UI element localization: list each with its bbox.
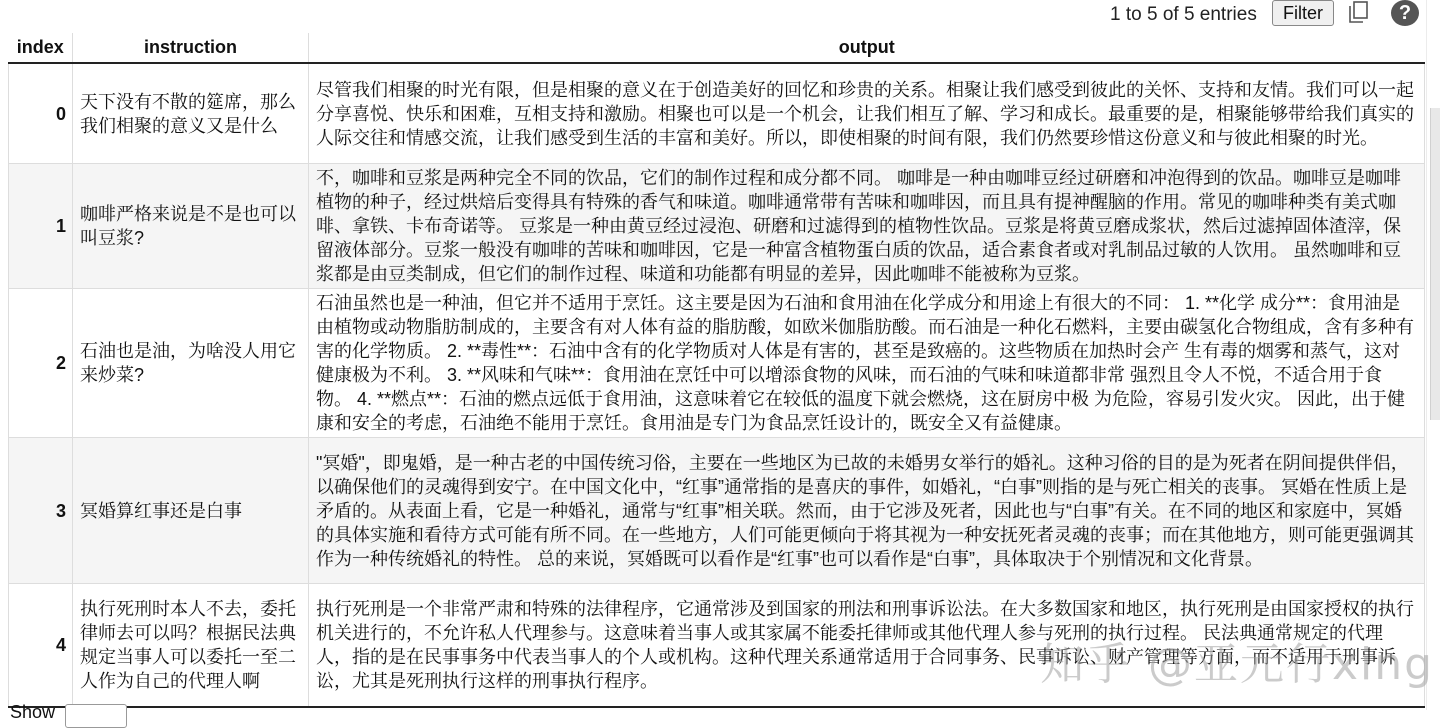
filter-button[interactable]: Filter: [1272, 0, 1334, 26]
table-row: 2 石油也是油，为啥没人用它来炒菜? 石油虽然也是一种油，但它并不适用于烹饪。这…: [9, 289, 1425, 438]
copy-icon[interactable]: [1346, 0, 1370, 24]
page-length-select[interactable]: [65, 704, 127, 710]
row-index: 3: [9, 438, 73, 584]
entries-info: 1 to 5 of 5 entries: [1110, 4, 1257, 26]
instruction-cell: 冥婚算红事还是白事: [73, 438, 309, 584]
data-table-container: index instruction output 0 天下没有不散的筵席，那么我…: [8, 33, 1424, 708]
output-cell: 尽管我们相聚的时光有限，但是相聚的意义在于创造美好的回忆和珍贵的关系。相聚让我们…: [309, 63, 1425, 164]
panel-divider: [1426, 0, 1427, 710]
table-row: 3 冥婚算红事还是白事 "冥婚"，即鬼婚，是一种古老的中国传统习俗，主要在一些地…: [9, 438, 1425, 584]
table-row: 0 天下没有不散的筵席，那么我们相聚的意义又是什么 尽管我们相聚的时光有限，但是…: [9, 63, 1425, 164]
data-table: index instruction output 0 天下没有不散的筵席，那么我…: [8, 33, 1425, 708]
row-index: 1: [9, 164, 73, 289]
column-header-instruction[interactable]: instruction: [73, 33, 309, 63]
instruction-cell: 咖啡严格来说是不是也可以叫豆浆?: [73, 164, 309, 289]
column-header-output[interactable]: output: [309, 33, 1425, 63]
row-index: 4: [9, 584, 73, 708]
show-label: Show: [10, 702, 55, 710]
instruction-cell: 执行死刑时本人不去，委托律师去可以吗？根据民法典规定当事人可以委托一至二人作为自…: [73, 584, 309, 708]
table-row: 1 咖啡严格来说是不是也可以叫豆浆? 不，咖啡和豆浆是两种完全不同的饮品，它们的…: [9, 164, 1425, 289]
table-toolbar: 1 to 5 of 5 entries Filter ?: [0, 0, 1440, 32]
output-cell: 执行死刑是一个非常严肃和特殊的法律程序，它通常涉及到国家的刑法和刑事诉讼法。在大…: [309, 584, 1425, 708]
table-row: 4 执行死刑时本人不去，委托律师去可以吗？根据民法典规定当事人可以委托一至二人作…: [9, 584, 1425, 708]
row-index: 0: [9, 63, 73, 164]
output-cell: 石油虽然也是一种油，但它并不适用于烹饪。这主要是因为石油和食用油在化学成分和用途…: [309, 289, 1425, 438]
help-icon[interactable]: ?: [1391, 0, 1419, 26]
vertical-scrollbar[interactable]: [1430, 108, 1440, 420]
table-header-row: index instruction output: [9, 33, 1425, 63]
output-cell: "冥婚"，即鬼婚，是一种古老的中国传统习俗，主要在一些地区为已故的未婚男女举行的…: [309, 438, 1425, 584]
row-index: 2: [9, 289, 73, 438]
instruction-cell: 天下没有不散的筵席，那么我们相聚的意义又是什么: [73, 63, 309, 164]
output-cell: 不，咖啡和豆浆是两种完全不同的饮品，它们的制作过程和成分都不同。 咖啡是一种由咖…: [309, 164, 1425, 289]
instruction-cell: 石油也是油，为啥没人用它来炒菜?: [73, 289, 309, 438]
column-header-index[interactable]: index: [9, 33, 73, 63]
